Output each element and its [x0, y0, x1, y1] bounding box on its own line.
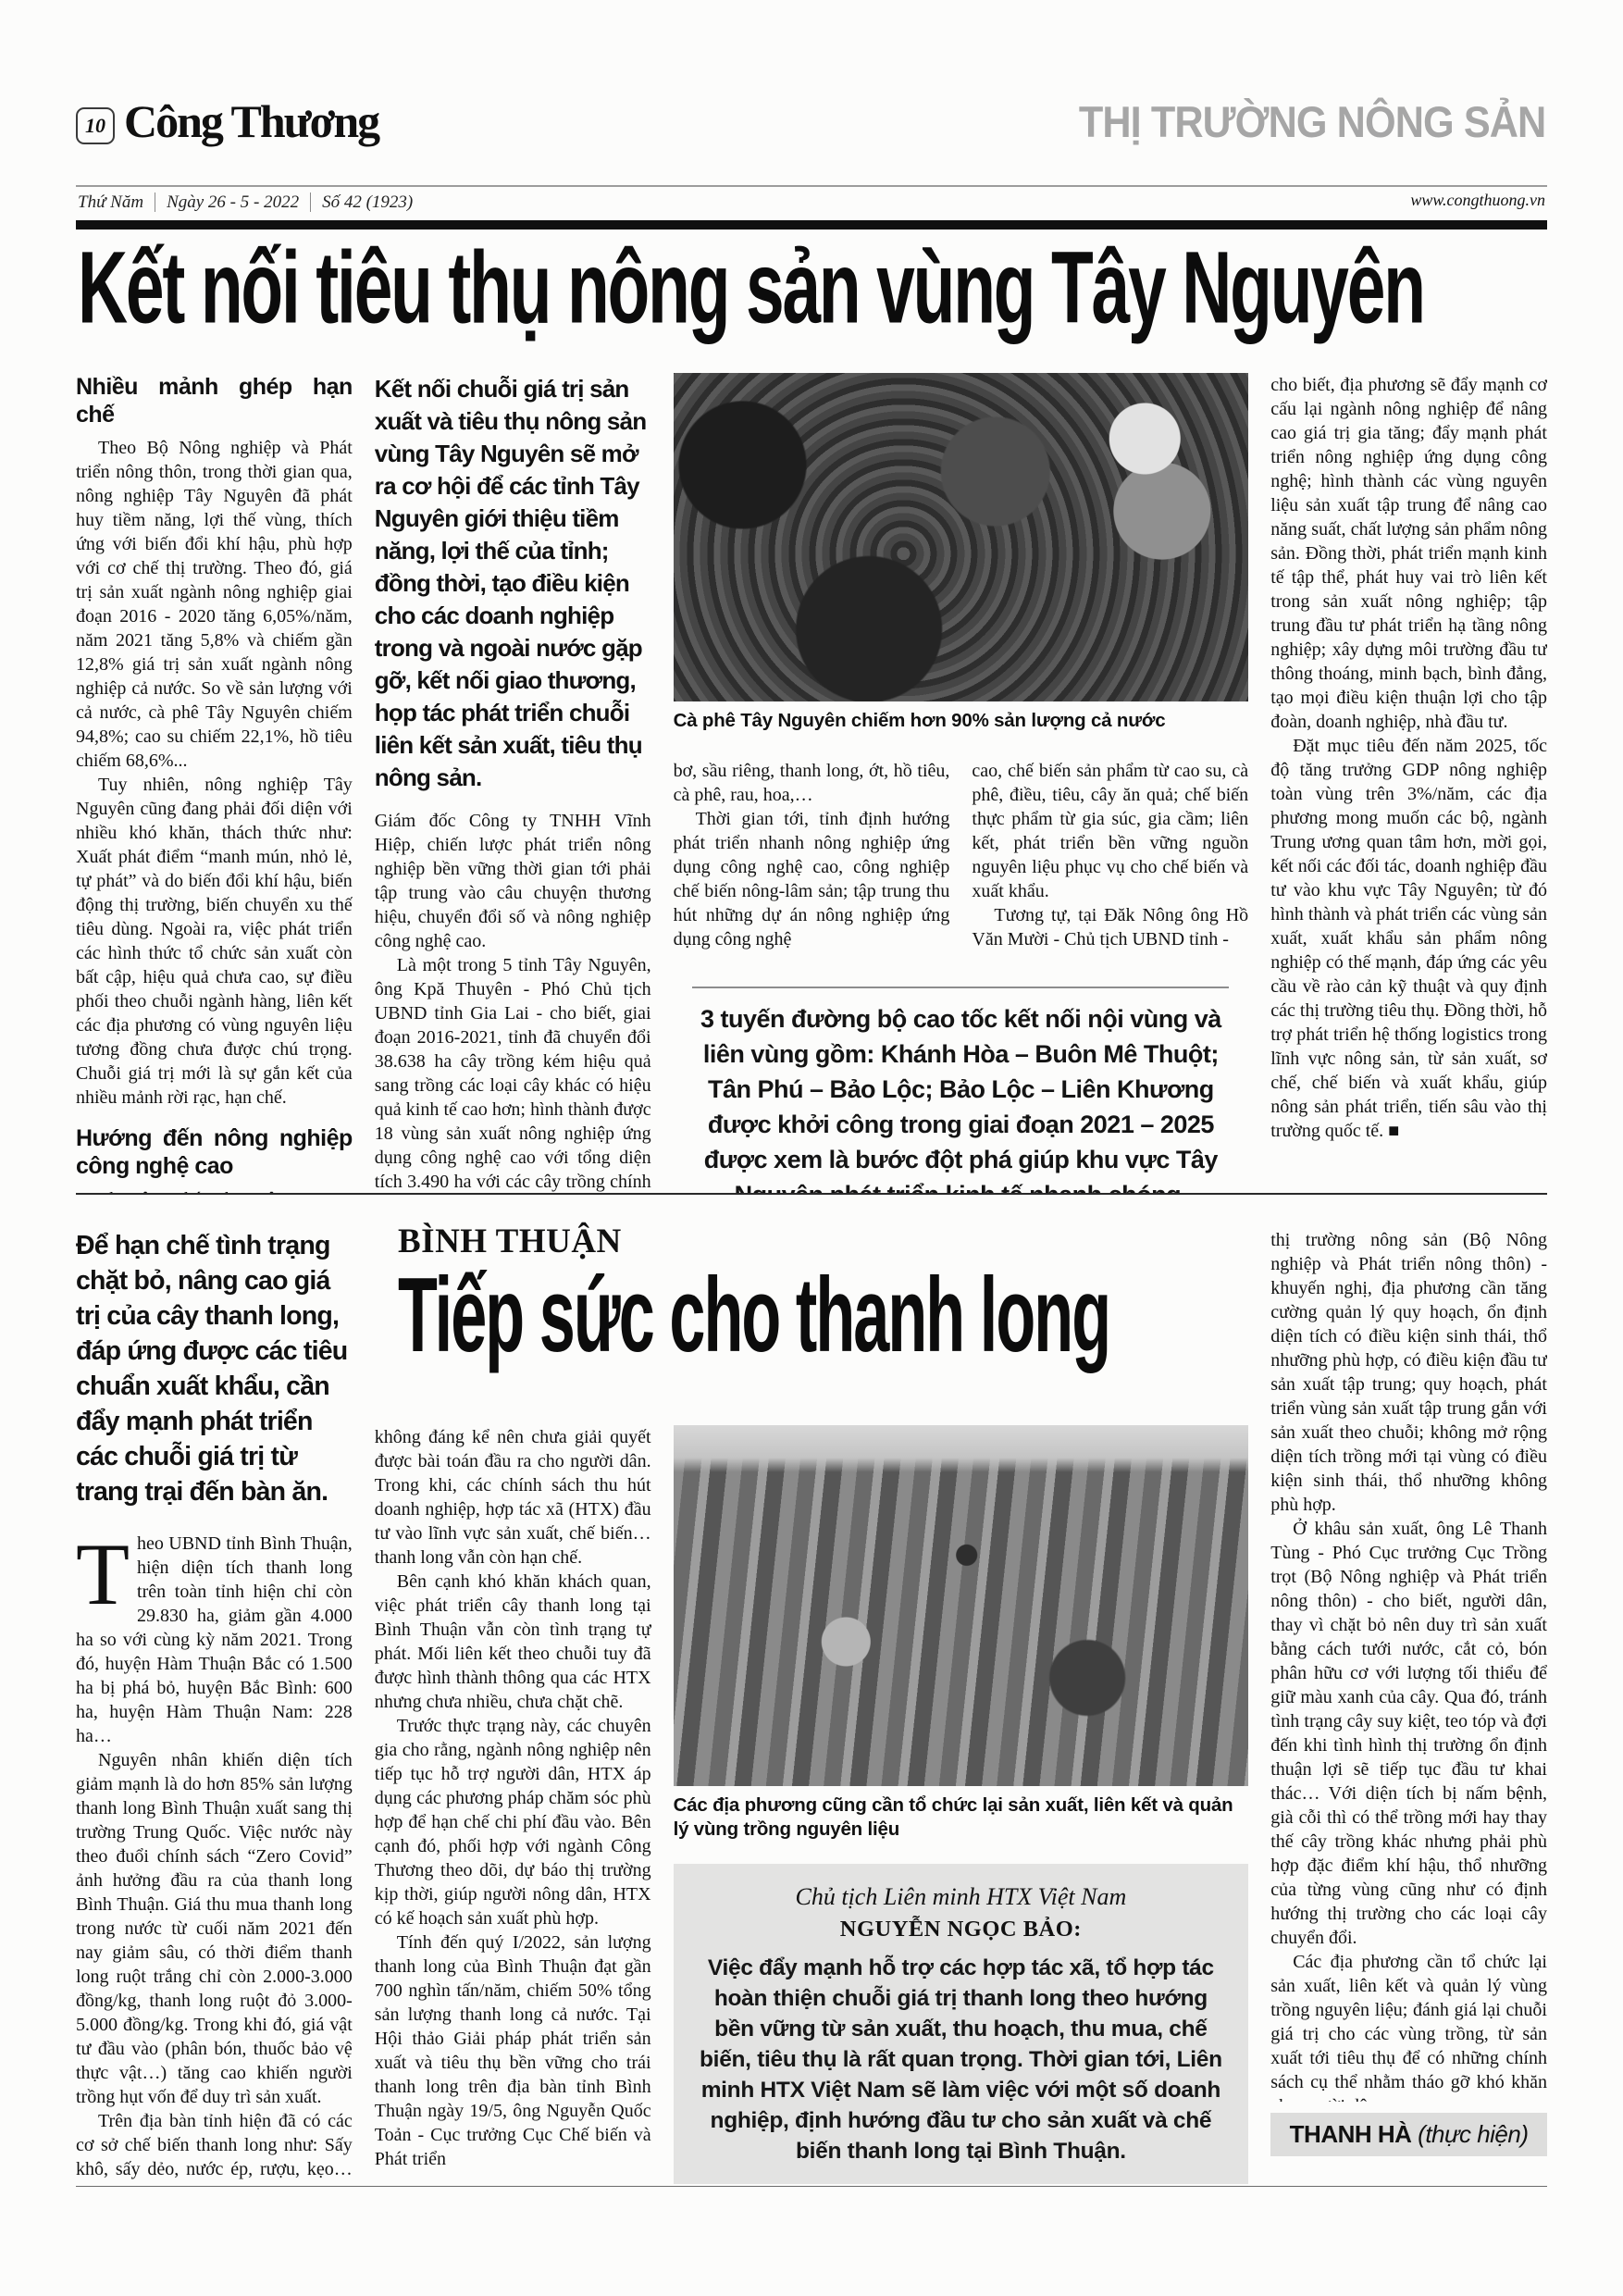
article2-column-1: Để hạn chế tình trạng chặt bỏ, nâng cao …	[76, 1228, 353, 2184]
header-rule	[76, 185, 1547, 187]
quote-attribution-role: Chủ tịch Liên minh HTX Việt Nam	[700, 1882, 1223, 1912]
article2-photo-caption: Các địa phương cũng cần tổ chức lại sản …	[674, 1793, 1249, 1842]
article2-paragraph: thị trường nông sản (Bộ Nông nghiệp và P…	[1270, 1228, 1547, 1517]
article1-paragraph: cao, chế biến sản phẩm từ cao su, cà phê…	[972, 759, 1248, 903]
article1-subhead-2: Hướng đến nông nghiệp công nghệ cao	[76, 1124, 353, 1180]
dateline-issue: Số 42 (1923)	[310, 192, 413, 212]
article2-paragraph: Bên cạnh khó khăn khách quan, việc phát …	[375, 1570, 651, 1714]
article1-subhead-1: Nhiều mảnh ghép hạn chế	[76, 373, 353, 428]
article2-paragraph: Theo UBND tỉnh Bình Thuận, hiện diện tíc…	[76, 1532, 353, 1748]
article1-paragraph: Tuy nhiên, nông nghiệp Tây Nguyên cũng đ…	[76, 773, 353, 1110]
article2-paragraph: không đáng kể nên chưa giải quyết được b…	[375, 1425, 651, 1570]
dateline-day: Thứ Năm	[78, 192, 143, 212]
photo-coffee-harvest	[674, 373, 1249, 701]
article2-body: Để hạn chế tình trạng chặt bỏ, nâng cao …	[76, 1228, 1547, 2184]
article2-paragraph: Trước thực trạng này, các chuyên gia cho…	[375, 1714, 651, 1930]
article1-paragraph: Đặt mục tiêu đến năm 2025, tốc độ tăng t…	[1270, 734, 1547, 1143]
byline-name: THANH HÀ	[1290, 2120, 1412, 2148]
website-url: www.congthuong.vn	[1410, 191, 1545, 210]
page-number: 10	[85, 114, 105, 138]
newspaper-page: 10 Công Thương THỊ TRƯỜNG NÔNG SẢN Thứ N…	[0, 0, 1623, 2296]
drop-cap: T	[76, 1532, 137, 1609]
byline-role: (thực hiện)	[1418, 2120, 1528, 2148]
article1-paragraph: Theo Bộ Nông nghiệp và Phát triển nông t…	[76, 436, 353, 773]
quote-attribution-name: NGUYỄN NGỌC BẢO:	[700, 1916, 1223, 1943]
article1-lead: Kết nối chuỗi giá trị sản xuất và tiêu t…	[375, 373, 651, 794]
quote-text: Việc đẩy mạnh hỗ trợ các hợp tác xã, tổ …	[700, 1953, 1223, 2166]
article1-column-4: cao, chế biến sản phẩm từ cao su, cà phê…	[972, 759, 1248, 972]
quote-box: Chủ tịch Liên minh HTX Việt Nam NGUYỄN N…	[674, 1864, 1249, 2184]
article2-column-2: không đáng kể nên chưa giải quyết được b…	[375, 1228, 651, 2184]
article1-paragraph: Tương tự, tại Đăk Nông ông Hồ Văn Mười -…	[972, 903, 1248, 951]
article1-paragraph: bơ, sầu riêng, thanh long, ớt, hồ tiêu, …	[674, 759, 950, 807]
article1-column-2: Kết nối chuỗi giá trị sản xuất và tiêu t…	[375, 373, 651, 1193]
article1-column-3: bơ, sầu riêng, thanh long, ớt, hồ tiêu, …	[674, 759, 950, 972]
section-title: THỊ TRƯỜNG NÔNG SẢN	[1079, 96, 1545, 147]
article1-paragraph: Giám đốc Công ty TNHH Vĩnh Hiệp, chiến l…	[375, 809, 651, 953]
article1-photo-caption: Cà phê Tây Nguyên chiếm hơn 90% sản lượn…	[674, 709, 1249, 733]
article2-paragraph: Tính đến quý I/2022, sản lượng thanh lon…	[375, 1930, 651, 2171]
article1-photo-block: Cà phê Tây Nguyên chiếm hơn 90% sản lượn…	[674, 373, 1249, 1193]
page-bottom-rule	[76, 2186, 1547, 2187]
article2-paragraph: Các địa phương cần tổ chức lại sản xuất,…	[1270, 1950, 1547, 2102]
byline: THANH HÀ (thực hiện)	[1270, 2113, 1547, 2156]
masthead-logo: Công Thương	[124, 94, 378, 148]
article1-paragraph: Là một trong 5 tỉnh Tây Nguyên, ông Kpă …	[375, 953, 651, 1193]
dateline-date: Ngày 26 - 5 - 2022	[155, 192, 299, 212]
article1-headline: Kết nối tiêu thụ nông sản vùng Tây Nguyê…	[78, 231, 1623, 339]
article2-intro: Để hạn chế tình trạng chặt bỏ, nâng cao …	[76, 1228, 353, 1509]
pull-quote: 3 tuyến đường bộ cao tốc kết nối nội vùn…	[692, 987, 1229, 1193]
article1-body: Nhiều mảnh ghép hạn chế Theo Bộ Nông ngh…	[76, 373, 1547, 1193]
article1-column-1: Nhiều mảnh ghép hạn chế Theo Bộ Nông ngh…	[76, 373, 353, 1193]
article1-paragraph: cho biết, địa phương sẽ đẩy mạnh cơ cấu …	[1270, 373, 1547, 734]
article1-paragraph: Thời gian tới, tỉnh định hướng phát triể…	[674, 807, 950, 951]
article1-column-5: cho biết, địa phương sẽ đẩy mạnh cơ cấu …	[1270, 373, 1547, 1193]
article2-paragraph: Trên địa bàn tỉnh hiện đã có các cơ sở c…	[76, 2109, 353, 2184]
article2-column-5: thị trường nông sản (Bộ Nông nghiệp và P…	[1270, 1228, 1547, 2184]
article1-headline-text: Kết nối tiêu thụ nông sản vùng Tây Nguyê…	[78, 231, 1424, 345]
article2-paragraph: Ở khâu sản xuất, ông Lê Thanh Tùng - Phó…	[1270, 1517, 1547, 1950]
header-black-bar	[76, 220, 1547, 230]
page-number-badge: 10	[76, 107, 115, 144]
dateline: Thứ NămNgày 26 - 5 - 2022Số 42 (1923)	[78, 192, 413, 213]
article2-photo-block: Các địa phương cũng cần tổ chức lại sản …	[674, 1228, 1249, 2184]
article-divider	[76, 1193, 1547, 1195]
photo-dragonfruit-field	[674, 1425, 1249, 1786]
article2-paragraph: Nguyên nhân khiến diện tích giảm mạnh là…	[76, 1748, 353, 2109]
